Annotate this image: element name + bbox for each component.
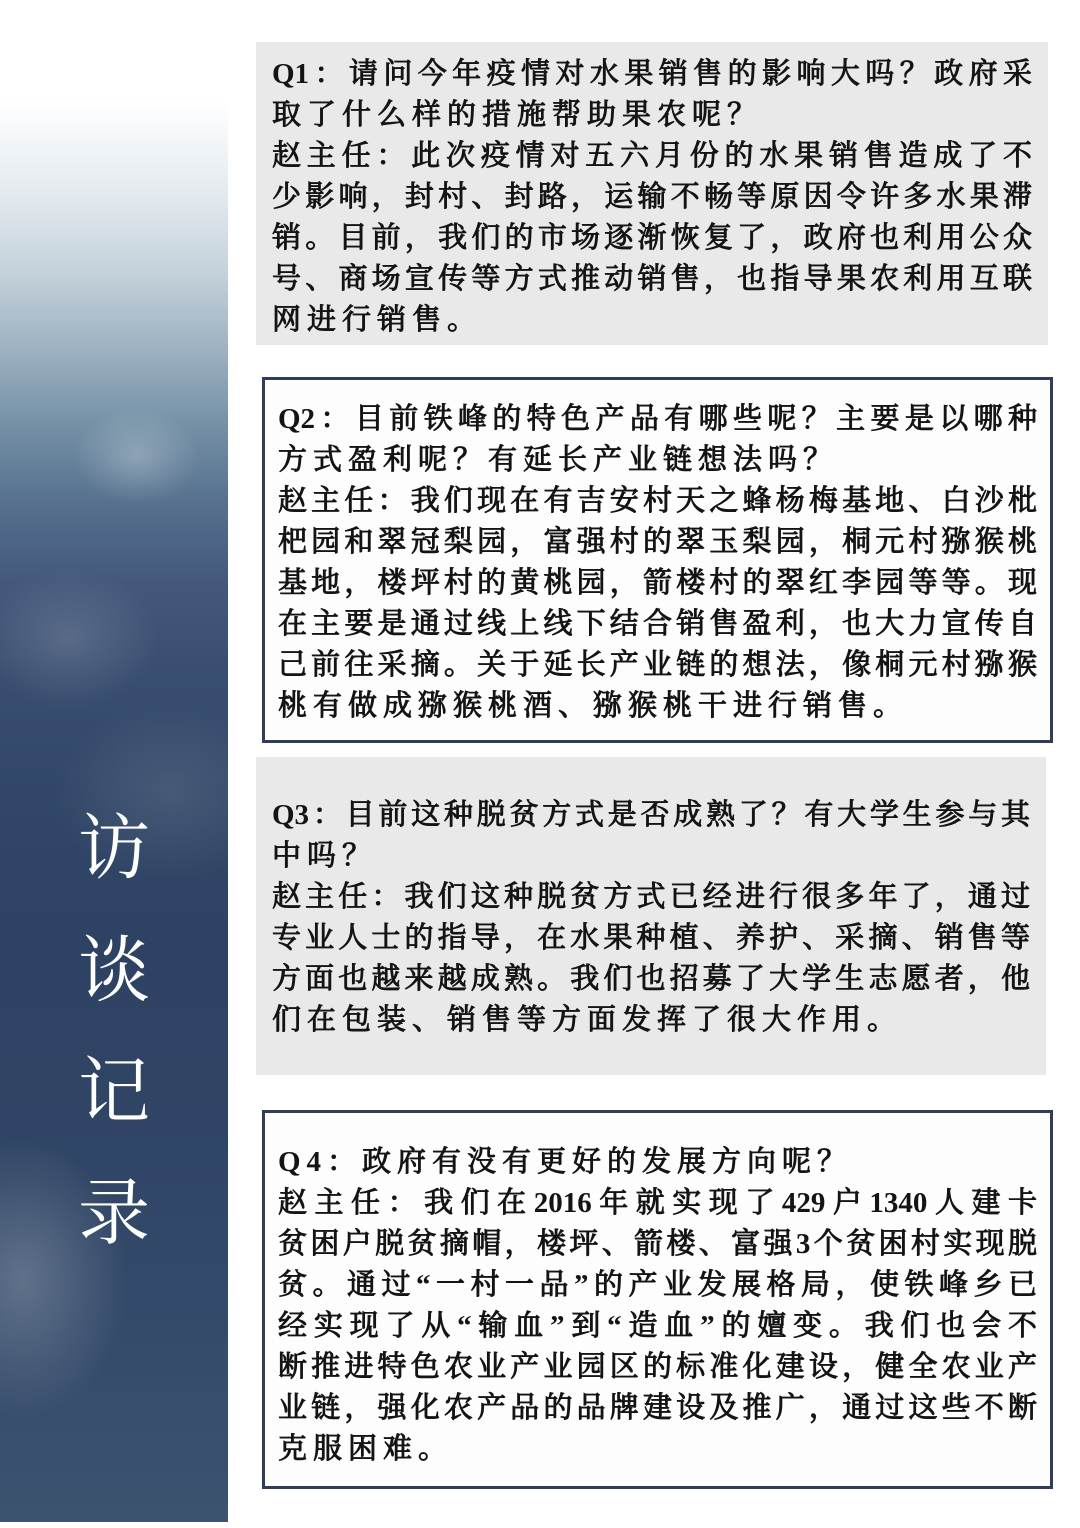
title-char: 录 [78, 1177, 150, 1253]
text-line: 方面也越来越成熟。我们也招募了大学生志愿者，他 [272, 959, 1030, 1000]
text-line: 杷园和翠冠梨园，富强村的翠玉梨园，桐元村猕猴桃 [278, 522, 1037, 563]
qa-block-q4: Q4：政府有没有更好的发展方向呢？赵主任：我们在2016年就实现了429户134… [262, 1110, 1053, 1489]
text-line: 经实现了从“输血”到“造血”的嬗变。我们也会不 [278, 1306, 1037, 1347]
text-line: 网进行销售。 [272, 300, 1032, 341]
text-line: 赵主任：此次疫情对五六月份的水果销售造成了不 [272, 136, 1032, 177]
watercolor-sidebar: 访谈记录 [0, 0, 228, 1522]
title-char: 记 [78, 1055, 150, 1131]
text-line: 基地，楼坪村的黄桃园，箭楼村的翠红李园等等。现 [278, 563, 1037, 604]
text-line: 在主要是通过线上线下结合销售盈利，也大力宣传自 [278, 604, 1037, 645]
text-line: 赵主任：我们这种脱贫方式已经进行很多年了，通过 [272, 877, 1030, 918]
text-line: 业链，强化农产品的品牌建设及推广，通过这些不断 [278, 1388, 1037, 1429]
text-line: Q1：请问今年疫情对水果销售的影响大吗？政府采 [272, 54, 1032, 95]
title-char: 访 [78, 812, 150, 888]
text-line: 少影响，封村、封路，运输不畅等原因令许多水果滞 [272, 177, 1032, 218]
text-line: 方式盈利呢？有延长产业链想法吗？ [278, 440, 1037, 481]
text-line: Q2：目前铁峰的特色产品有哪些呢？主要是以哪种 [278, 399, 1037, 440]
text-line: 中吗？ [272, 836, 1030, 877]
text-line: 赵主任：我们在2016年就实现了429户1340人建卡 [278, 1183, 1037, 1224]
text-line: 赵主任：我们现在有吉安村天之蜂杨梅基地、白沙枇 [278, 481, 1037, 522]
qa-block-q3: Q3：目前这种脱贫方式是否成熟了？有大学生参与其中吗？赵主任：我们这种脱贫方式已… [256, 757, 1046, 1075]
text-line: 己前往采摘。关于延长产业链的想法，像桐元村猕猴 [278, 645, 1037, 686]
title-char: 谈 [78, 934, 150, 1010]
text-line: 断推进特色农业产业园区的标准化建设，健全农业产 [278, 1347, 1037, 1388]
text-line: 贫。通过“一村一品”的产业发展格局，使铁峰乡已 [278, 1265, 1037, 1306]
text-line: 销。目前，我们的市场逐渐恢复了，政府也利用公众 [272, 218, 1032, 259]
text-line: 桃有做成猕猴桃酒、猕猴桃干进行销售。 [278, 686, 1037, 727]
qa-block-q2: Q2：目前铁峰的特色产品有哪些呢？主要是以哪种方式盈利呢？有延长产业链想法吗？赵… [262, 377, 1053, 743]
text-line: 专业人士的指导，在水果种植、养护、采摘、销售等 [272, 918, 1030, 959]
text-line: 克服困难。 [278, 1429, 1037, 1470]
text-line: 们在包装、销售等方面发挥了很大作用。 [272, 1000, 1030, 1041]
text-line: Q4：政府有没有更好的发展方向呢？ [278, 1142, 1037, 1183]
text-line: 取了什么样的措施帮助果农呢？ [272, 95, 1032, 136]
interview-record-page: 访谈记录 Q1：请问今年疫情对水果销售的影响大吗？政府采取了什么样的措施帮助果农… [0, 0, 1080, 1528]
vertical-title: 访谈记录 [0, 812, 228, 1252]
text-line: 号、商场宣传等方式推动销售，也指导果农利用互联 [272, 259, 1032, 300]
text-line: Q3：目前这种脱贫方式是否成熟了？有大学生参与其 [272, 795, 1030, 836]
qa-block-q1: Q1：请问今年疫情对水果销售的影响大吗？政府采取了什么样的措施帮助果农呢？赵主任… [256, 42, 1048, 345]
text-line: 贫困户脱贫摘帽，楼坪、箭楼、富强3个贫困村实现脱 [278, 1224, 1037, 1265]
